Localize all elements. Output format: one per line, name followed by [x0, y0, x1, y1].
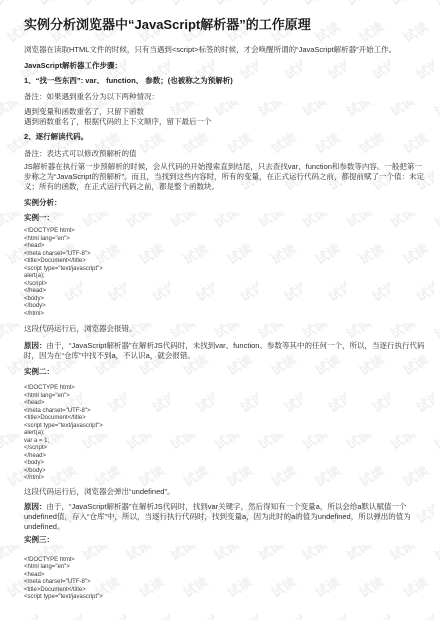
example-2-code: <!DOCTYPE html> <html lang="en"> <head> … [24, 385, 426, 483]
example-2-reason: 原因：由于，“JavaScript解析器”在解析JS代码时，找到var关键字，然… [24, 502, 426, 532]
duplicate-cases: 遇到变量和函数重名了，只留下函数 遇到函数重名了，根据代码的上下文顺序，留下最后… [24, 107, 426, 127]
example-3-heading: 实例三： [24, 535, 426, 545]
step-2: 2、逐行解读代码。 [24, 132, 426, 142]
reason-text: 由于，“JavaScript解析器”在解析JS代码时，未找到var、functi… [24, 341, 424, 360]
duplicate-case-2: 遇到函数重名了，根据代码的上下文顺序，留下最后一个 [24, 117, 426, 127]
example-2-result: 这段代码运行后，浏览器会弹出“undefined”。 [24, 487, 426, 497]
intro-paragraph: 浏览器在读取HTML文件的时候，只有当遇到<script>标签的时候，才会唤醒所… [24, 45, 426, 55]
preparse-explanation: JS解析器在执行第一步预解析的时候，会从代码的开始搜索直到结尾，只去查找var、… [24, 162, 426, 192]
steps-heading: JavaScript解析器工作步骤： [24, 61, 426, 71]
note-expression: 备注：表达式可以修改预解析的值 [24, 149, 426, 159]
reason-text: 由于，“JavaScript解析器”在解析JS代码时，找到var关键字，然后得知… [24, 502, 411, 531]
example-1-reason: 原因：由于，“JavaScript解析器”在解析JS代码时，未找到var、fun… [24, 341, 426, 361]
reason-label: 原因： [24, 502, 47, 511]
page-title: 实例分析浏览器中“JavaScript解析器”的工作原理 [24, 16, 426, 33]
example-1-code: <!DOCTYPE html> <html lang="en"> <head> … [24, 228, 426, 318]
example-3-code: <!DOCTYPE html> <html lang="en"> <head> … [24, 557, 426, 602]
example-1-result: 这段代码运行后，浏览器会报错。 [24, 324, 426, 334]
reason-label: 原因： [24, 341, 47, 350]
article: 实例分析浏览器中“JavaScript解析器”的工作原理 浏览器在读取HTML文… [0, 0, 440, 602]
example-1-heading: 实例一： [24, 213, 426, 223]
note-duplicates: 备注：如果遇到重名分为以下两种情况： [24, 92, 426, 102]
example-2-heading: 实例二： [24, 367, 426, 377]
duplicate-case-1: 遇到变量和函数重名了，只留下函数 [24, 107, 426, 117]
step-1: 1、“找一些东西”: var、 function、 参数；(也被称之为预解析) [24, 76, 426, 86]
analysis-heading: 实例分析： [24, 198, 426, 208]
